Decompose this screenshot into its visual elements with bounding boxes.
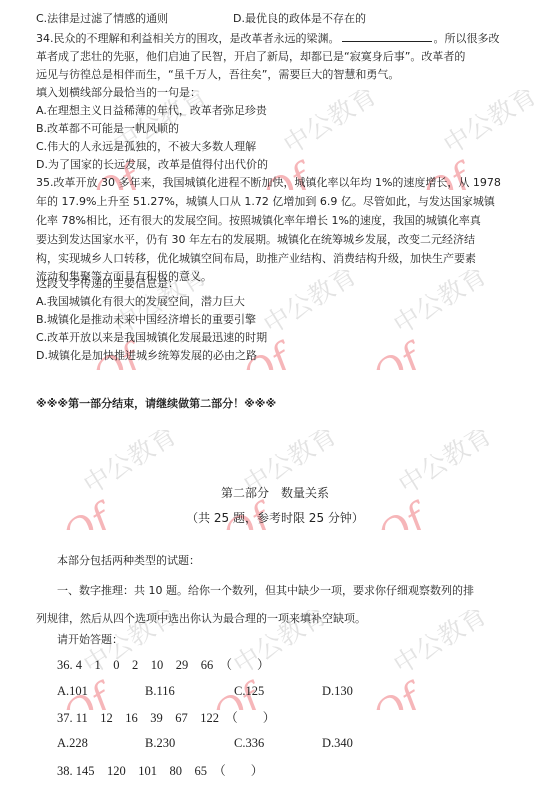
svg-text:中公教育: 中公教育 [389,610,490,681]
svg-text:Of: Of [365,334,435,370]
q36-option-b: B.116 [145,684,175,698]
q38-stem: 38. 145 120 101 80 65 （ ） [57,764,263,778]
q37-option-d: D.340 [322,736,353,750]
q33-option-d: D.最优良的政体是不存在的 [233,12,366,26]
q34-option-d: D.为了国家的长远发展，改革是值得付出代价的 [36,158,268,172]
q35-option-a: A.我国城镇化有很大的发展空间，潜力巨大 [36,295,245,309]
q36-option-d: D.130 [322,684,353,698]
start-prompt: 请开始答题： [57,633,123,647]
part2-subtitle: （共 25 题，参考时限 25 分钟） [0,509,550,526]
q35-option-c: C.改革开放以来是我国城镇化发展最迅速的时期 [36,331,267,345]
section1-desc-line1: 一、数字推理：共 10 题。给你一个数列，但其中缺少一项，要求你仔细观察数列的排 [57,584,474,598]
q35-stem-line: 化率 78%相比，还有很大的发展空间。按照城镇化率年增长 1%的速度，我国的城镇… [36,214,481,228]
q34-option-c: C.伟大的人永远是孤独的，不被大多数人理解 [36,140,256,154]
svg-text:Of: Of [365,674,435,710]
q34-stem-line3: 远见与彷徨总是相伴而生，“虽千万人，吾往矣”，需要巨大的智慧和勇气。 [36,68,399,82]
q37-stem: 37. 11 12 16 39 67 122 （ ） [57,711,275,725]
svg-text:中公教育: 中公教育 [279,90,380,161]
q35-stem-line: 要达到发达国家水平，仍有 30 年左右的发展期。城镇化在统筹城乡发展，改变二元经… [36,233,475,247]
part2-intro: 本部分包括两种类型的试题： [57,554,200,568]
watermark-logo: 中公教育Of [340,270,490,370]
q35-option-b: B.城镇化是推动未来中国经济增长的重要引擎 [36,313,256,327]
part2-title: 第二部分 数量关系 [0,484,550,501]
fill-blank [342,31,432,42]
q34-option-a: A.在理想主义日益稀薄的年代，改革者弥足珍贵 [36,104,267,118]
section1-desc-line2: 列规律，然后从四个选项中选出你认为最合理的一项来填补空缺项。 [36,612,366,626]
part1-end-notice: ※※※第一部分结束，请继续做第二部分！※※※ [36,397,276,411]
svg-text:中公教育: 中公教育 [259,270,360,341]
q34-option-b: B.改革都不可能是一帆风顺的 [36,122,179,136]
q34-text: 34.民众的不理解和利益相关方的围攻，是改革者永远的梁渊。 [36,32,340,45]
q35-stem-line: 35.改革开放 30 多年来，我国城镇化进程不断加快，城镇化率以年均 1%的速度… [36,176,501,190]
q35-prompt: 这段文字传递的主要信息是： [36,277,179,291]
q36-option-a: A.101 [57,684,88,698]
svg-text:中公教育: 中公教育 [389,270,490,341]
q35-option-d: D.城镇化是加快推进城乡统筹发展的必由之路 [36,349,257,363]
q35-stem-line: 构，实现城乡人口转移，优化城镇空间布局，助推产业结构、消费结构升级，加快生产要素 [36,252,476,266]
q37-option-c: C.336 [234,736,264,750]
q35-stem-line: 年的 17.9%上升至 51.27%，城镇人口从 1.72 亿增加到 6.9 亿… [36,195,495,209]
q37-option-a: A.228 [57,736,88,750]
q33-option-c: C.法律是过滤了情感的通则 [36,12,168,26]
watermark-logo: 中公教育Of [390,90,540,190]
q34-stem-line2: 革者成了悲壮的先驱，他们启迪了民智，开启了新局，却都已是“寂寞身后事”。改革者的 [36,50,465,64]
q34-stem-line1: 34.民众的不理解和利益相关方的围攻，是改革者永远的梁渊。。所以很多改 [36,31,500,46]
q34-prompt: 填入划横线部分最恰当的一句是： [36,86,201,100]
q34-text: 。所以很多改 [434,32,500,45]
q36-option-c: C.125 [234,684,264,698]
q36-stem: 36. 4 1 0 2 10 29 66 （ ） [57,658,270,672]
q37-option-b: B.230 [145,736,175,750]
svg-text:中公教育: 中公教育 [439,90,540,161]
